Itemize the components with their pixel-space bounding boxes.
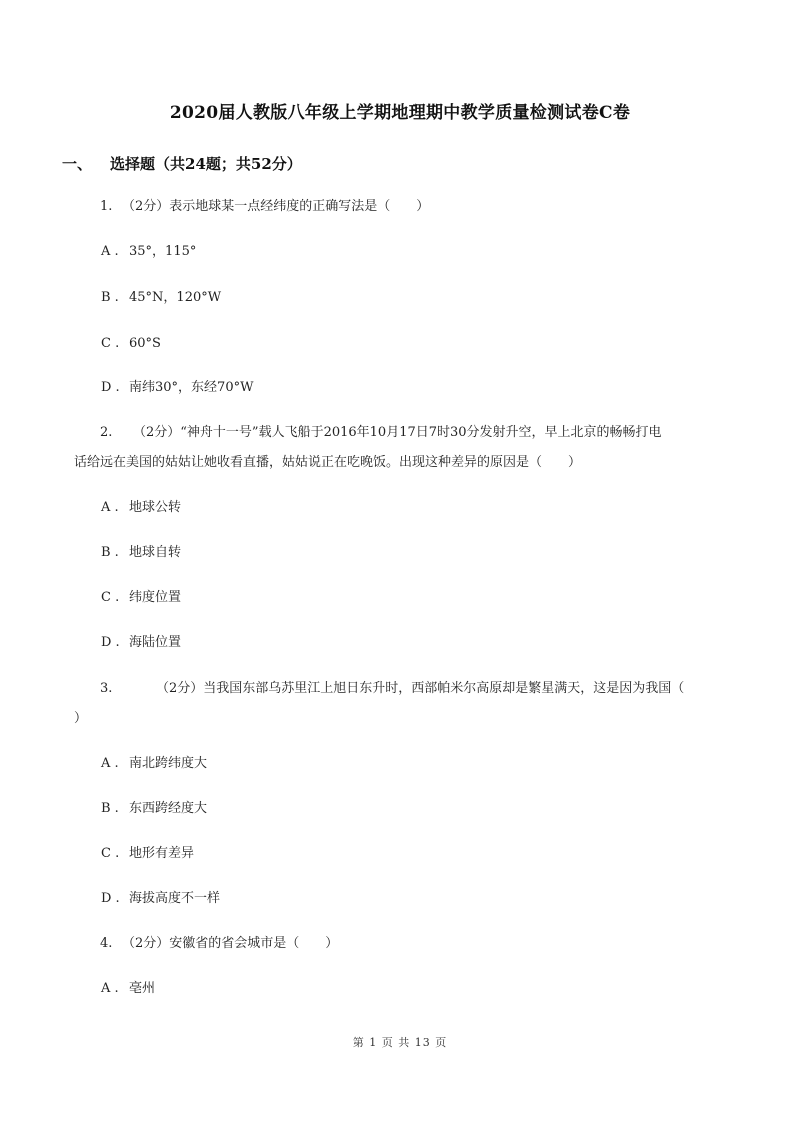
option-letter: A . [101, 979, 129, 999]
question-text: （2分）当我国东部乌苏里江上旭日东升时，西部帕米尔高原却是繁星满天，这是因为我国… [156, 681, 684, 696]
option-text: 南北跨纬度大 [129, 756, 207, 771]
option-letter: A . [101, 498, 129, 518]
option-1a: A .35°，115° [101, 242, 196, 262]
option-letter: C . [101, 588, 129, 608]
option-text: 海拔高度不一样 [129, 891, 220, 906]
document-title: 2020届人教版八年级上学期地理期中教学质量检测试卷C卷 [0, 98, 800, 123]
option-letter: B . [101, 799, 129, 819]
option-letter: B . [101, 543, 129, 563]
question-number: 3. [100, 679, 156, 699]
option-text: 45°N，120°W [129, 290, 221, 305]
option-3a: A .南北跨纬度大 [101, 754, 207, 774]
question-text: （2分）表示地球某一点经纬度的正确写法是（ ） [122, 199, 429, 214]
section-heading: 一、选择题（共24题；共52分） [62, 153, 302, 174]
option-text: 纬度位置 [129, 590, 181, 605]
option-letter: A . [101, 754, 129, 774]
question-text: （2分）安徽省的省会城市是（ ） [122, 936, 338, 951]
option-3c: C .地形有差异 [101, 844, 194, 864]
option-3b: B .东西跨经度大 [101, 799, 207, 819]
question-number: 1. [100, 197, 122, 217]
option-letter: C . [101, 844, 129, 864]
option-text: 地形有差异 [129, 846, 194, 861]
question-text: （2分）“神舟十一号”载人飞船于2016年10月17日7时30分发射升空，早上北… [133, 425, 662, 440]
question-3: 3.（2分）当我国东部乌苏里江上旭日东升时，西部帕米尔高原却是繁星满天，这是因为… [100, 679, 684, 699]
question-2: 2.（2分）“神舟十一号”载人飞船于2016年10月17日7时30分发射升空，早… [100, 423, 662, 443]
section-number: 一、 [62, 155, 92, 173]
option-2a: A .地球公转 [101, 498, 181, 518]
question-number: 4. [100, 934, 122, 954]
option-3d: D .海拔高度不一样 [101, 889, 220, 909]
option-1b: B .45°N，120°W [101, 288, 221, 308]
option-letter: C . [101, 334, 129, 354]
question-number: 2. [100, 423, 133, 443]
option-2b: B .地球自转 [101, 543, 181, 563]
option-letter: D . [101, 889, 129, 909]
page-footer: 第 1 页 共 13 页 [0, 1034, 800, 1050]
option-text: 东西跨经度大 [129, 801, 207, 816]
option-letter: A . [101, 242, 129, 262]
option-1c: C .60°S [101, 334, 161, 354]
question-4: 4.（2分）安徽省的省会城市是（ ） [100, 934, 338, 954]
option-text: 35°，115° [129, 244, 196, 259]
option-text: 60°S [129, 336, 161, 351]
exam-page: 2020届人教版八年级上学期地理期中教学质量检测试卷C卷 一、选择题（共24题；… [0, 0, 800, 1132]
option-2d: D .海陆位置 [101, 633, 181, 653]
option-text: 南纬30°，东经70°W [129, 380, 253, 395]
question-1: 1.（2分）表示地球某一点经纬度的正确写法是（ ） [100, 197, 429, 217]
option-letter: D . [101, 378, 129, 398]
question-3-continuation: ） [74, 709, 87, 729]
option-2c: C .纬度位置 [101, 588, 181, 608]
option-text: 亳州 [129, 981, 155, 996]
option-letter: D . [101, 633, 129, 653]
option-text: 地球公转 [129, 500, 181, 515]
option-text: 海陆位置 [129, 635, 181, 650]
section-label: 选择题（共24题；共52分） [110, 155, 302, 173]
option-1d: D .南纬30°，东经70°W [101, 378, 253, 398]
option-letter: B . [101, 288, 129, 308]
option-text: 地球自转 [129, 545, 181, 560]
option-4a: A .亳州 [101, 979, 155, 999]
question-2-continuation: 话给远在美国的姑姑让她收看直播，姑姑说正在吃晚饭。出现这种差异的原因是（ ） [74, 453, 581, 473]
